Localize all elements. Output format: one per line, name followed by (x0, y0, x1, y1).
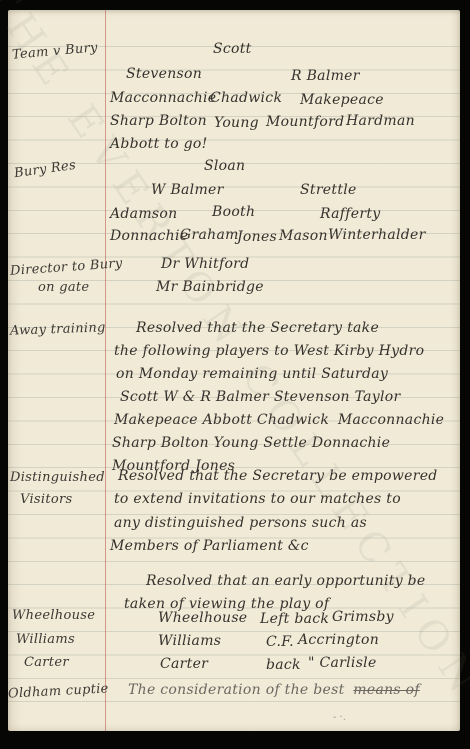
lineup-player: Graham (180, 227, 239, 243)
lineup-player: Sharp Bolton (110, 113, 207, 129)
minute-line: Resolved that the Secretary take (136, 320, 379, 336)
minute-line: any distinguished persons such as (114, 515, 367, 531)
lineup-player: Stevenson (126, 66, 202, 82)
margin-rule-line (105, 10, 106, 731)
minute-line: on Monday remaining until Saturday (116, 366, 388, 382)
minute-line: Sharp Bolton Young Settle Donnachie (112, 435, 390, 451)
player-position: C.F. (266, 634, 294, 650)
margin-label-carter: Carter (24, 655, 69, 670)
player-name: Wheelhouse (158, 610, 247, 626)
lineup-player: Winterhalder (328, 227, 426, 243)
minute-line: Makepeace Abbott Chadwick Macconnachie (114, 412, 444, 428)
minute-line: the following players to West Kirby Hydr… (114, 343, 424, 359)
lineup-player: Mountford (266, 114, 344, 130)
minute-line: Scott W & R Balmer Stevenson Taylor (120, 389, 401, 405)
minute-line: to extend invitations to our matches to (114, 491, 401, 507)
lineup-player: Jones (237, 229, 277, 245)
player-position: Left back (260, 611, 329, 627)
margin-label-on-gate: on gate (38, 280, 89, 295)
minute-line-text: The consideration of the best (128, 682, 345, 698)
player-club: Grimsby (332, 609, 394, 625)
lineup-player: Macconnachie (110, 90, 216, 106)
scanned-minute-book-photo: THE EVERTON COLLECTION Team v Bury Scott… (0, 0, 470, 749)
margin-label-distinguished: Distinguished (10, 470, 105, 485)
lineup-player: Mason (279, 228, 328, 244)
lineup-player: Booth (212, 204, 255, 220)
lineup-player: Rafferty (320, 206, 381, 222)
player-position: back (266, 657, 301, 673)
director-name: Mr Bainbridge (156, 279, 264, 295)
lineup-player: Chadwick (210, 90, 282, 106)
minute-line: Resolved that the Secretary be empowered (118, 468, 438, 484)
margin-label-wheelhouse: Wheelhouse (12, 608, 95, 623)
lineup-player: Young (214, 115, 259, 131)
lineup-player: Strettle (300, 182, 357, 198)
margin-label-visitors: Visitors (20, 492, 72, 507)
player-club: Accrington (298, 632, 379, 648)
lineup-player: Donnachie (110, 228, 188, 244)
notebook-page: THE EVERTON COLLECTION Team v Bury Scott… (8, 10, 460, 731)
lineup-player: W Balmer (151, 182, 224, 198)
minute-line: Resolved that an early opportunity be (146, 573, 426, 589)
struck-text: means of (353, 682, 420, 698)
lineup-player: Adamson (110, 206, 177, 222)
lineup-player: R Balmer (291, 68, 360, 84)
player-name: Carter (160, 656, 208, 672)
lineup-goalkeeper: Sloan (204, 158, 245, 174)
minute-line: The consideration of the best means of (128, 682, 420, 698)
player-name: Williams (158, 633, 221, 649)
lineup-note: Abbott to go! (110, 136, 208, 152)
lineup-player: Makepeace (300, 92, 384, 108)
minute-line: Members of Parliament &c (110, 538, 309, 554)
lineup-player: Hardman (346, 113, 415, 129)
director-name: Dr Whitford (161, 256, 249, 272)
minute-line-text: Makepeace Abbott Chadwick (114, 412, 329, 428)
emphasized-player-name: Macconnachie (338, 412, 444, 428)
pencil-mark: - ·. (333, 712, 346, 723)
margin-label-williams: Williams (16, 632, 75, 647)
lineup-goalkeeper: Scott (213, 41, 252, 57)
player-club: " Carlisle (308, 655, 377, 671)
